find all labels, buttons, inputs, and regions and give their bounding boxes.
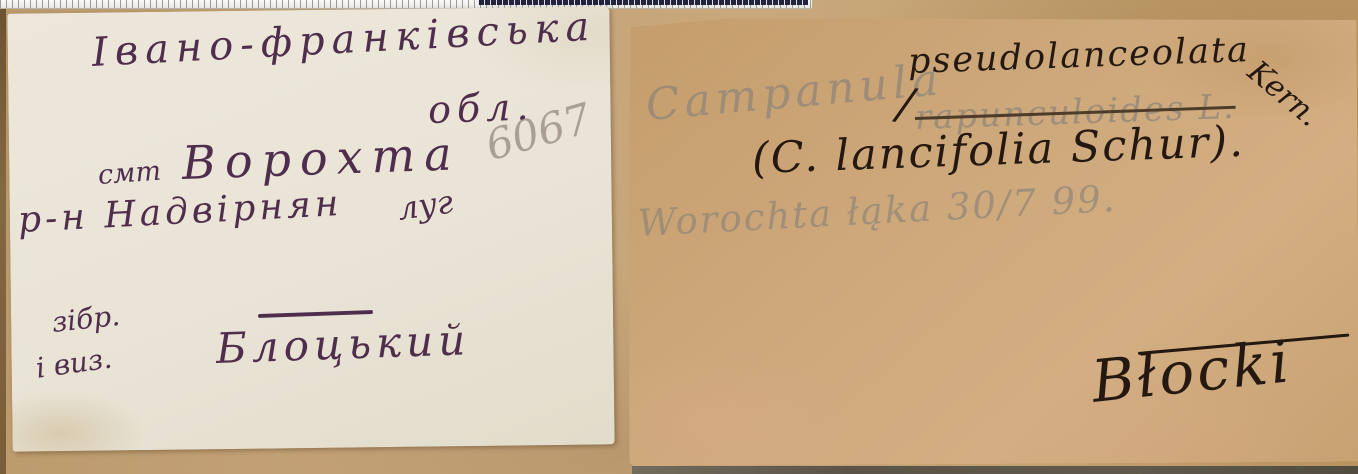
left-collector-name: Блоцький	[215, 315, 471, 373]
left-settlement-name: Ворохта	[181, 126, 461, 190]
board-left-crease	[0, 0, 6, 474]
ruler-dark-band	[478, 0, 808, 5]
left-habitat-note: луг	[395, 183, 455, 228]
herbarium-scan: Івано-франківська обл. смт Ворохта 6067 …	[0, 0, 1358, 474]
bottom-board-edge	[632, 466, 1358, 474]
left-collected-abbr: зібр.	[50, 299, 121, 339]
left-settlement-abbr: смт	[97, 156, 162, 191]
